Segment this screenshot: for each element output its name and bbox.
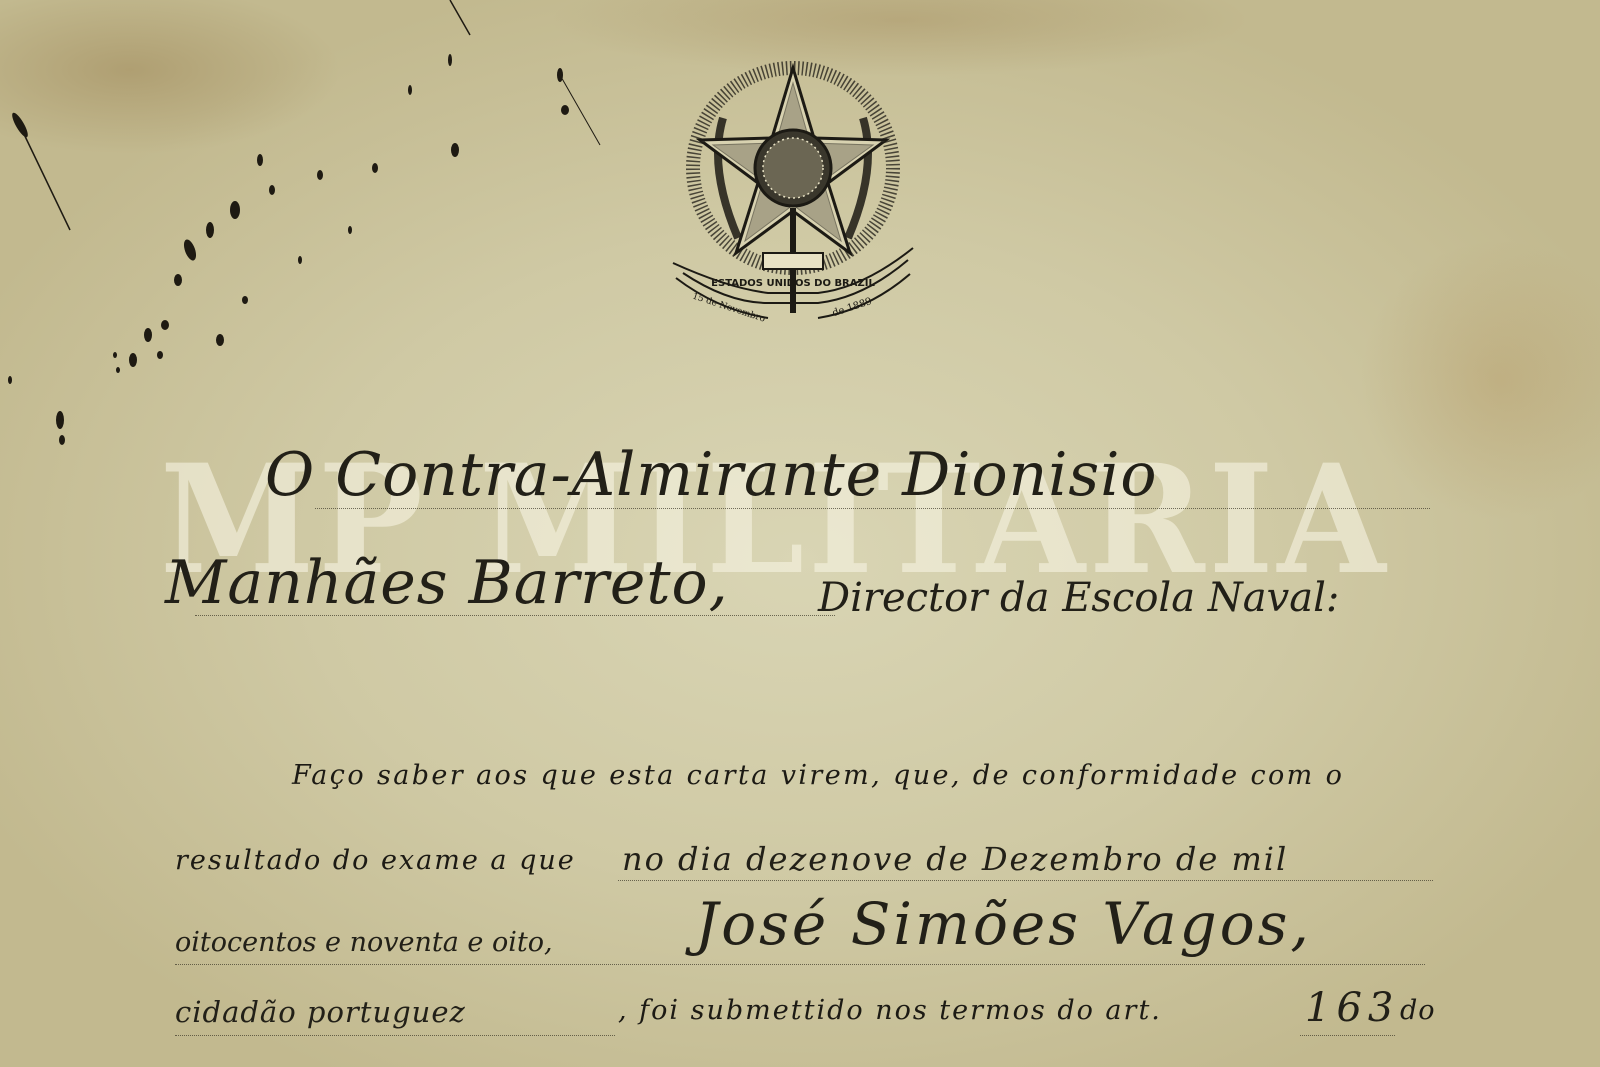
article-number: 163: [1305, 985, 1399, 1031]
body-dotted-rule-2: [618, 880, 1433, 881]
body-dotted-rule-article: [1300, 1035, 1395, 1036]
body-line-4-printed: , foi submettido nos termos do art.: [618, 995, 1162, 1026]
body-line-4-end: do: [1400, 995, 1436, 1026]
body-dotted-rule-4: [175, 1035, 615, 1036]
emblem-ribbon-text: ESTADOS UNIDOS DO BRAZIL: [711, 278, 875, 289]
brazil-coat-of-arms-emblem: ESTADOS UNIDOS DO BRAZIL 15 de Novembro …: [668, 48, 918, 328]
nationality-filled: cidadão portuguez: [175, 995, 466, 1029]
heading-line-1: O Contra-Almirante Dionisio: [265, 440, 1158, 510]
heading-title: Director da Escola Naval:: [818, 575, 1339, 621]
ink-spatter: [0, 0, 700, 460]
body-line-2-printed: resultado do exame a que: [175, 845, 576, 876]
candidate-name: José Simões Vagos,: [695, 890, 1312, 958]
body-dotted-rule-3: [175, 964, 1425, 965]
body-line-1: Faço saber aos que esta carta virem, que…: [292, 760, 1344, 791]
exam-date-filled: no dia dezenove de Dezembro de mil: [622, 840, 1288, 878]
heading-name: Manhães Barreto,: [165, 548, 729, 618]
exam-year-filled: oitocentos e noventa e oito,: [175, 927, 553, 958]
